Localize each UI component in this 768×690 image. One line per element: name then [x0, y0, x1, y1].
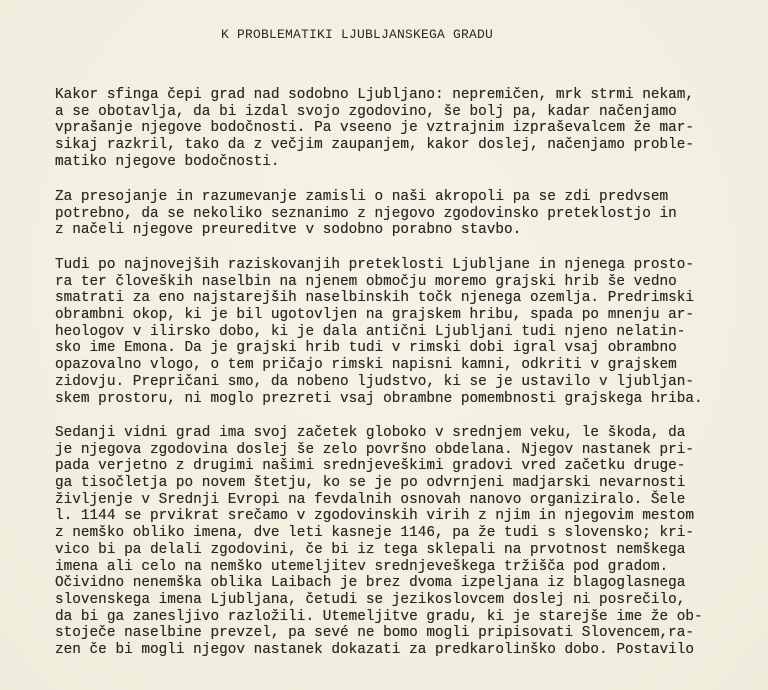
text-line: potrebno, da se nekoliko seznanimo z nje…	[55, 206, 677, 223]
paragraph-1: Kakor sfinga čepi grad nad sodobno Ljubl…	[55, 87, 694, 170]
paragraph-4: Sedanji vidni grad ima svoj začetek glob…	[55, 425, 703, 659]
text-line: Kakor sfinga čepi grad nad sodobno Ljubl…	[55, 87, 694, 104]
paragraph-3: Tudi po najnovejših raziskovanjih pretek…	[55, 257, 703, 407]
text-line: l. 1144 se prvikrat srečamo v zgodovinsk…	[55, 508, 703, 525]
text-line: a se obotavlja, da bi izdal svojo zgodov…	[55, 104, 694, 121]
text-line: vprašanje njegove bodočnosti. Pa vseeno …	[55, 120, 694, 137]
text-line: skem prostoru, ni moglo prezreti vsaj ob…	[55, 391, 703, 408]
text-line: matiko njegove bodočnosti.	[55, 154, 694, 171]
text-line: z načeli njegove preureditve v sodobno p…	[55, 222, 677, 239]
text-line: zen če bi mogli njegov nastanek dokazati…	[55, 642, 703, 659]
text-line: življenje v Srednji Evropi na fevdalnih …	[55, 492, 703, 509]
text-line: da bi ga zanesljivo razložili. Utemeljit…	[55, 609, 703, 626]
document-page: K PROBLEMATIKI LJUBLJANSKEGA GRADU Kakor…	[0, 0, 768, 690]
text-line: zidovju. Prepričani smo, da nobeno ljuds…	[55, 374, 703, 391]
text-line: pada verjetno z drugimi našimi srednjeve…	[55, 458, 703, 475]
text-line: vico bi pa delali zgodovini, če bi iz te…	[55, 542, 703, 559]
document-title: K PROBLEMATIKI LJUBLJANSKEGA GRADU	[221, 27, 493, 42]
paragraph-2: Za presojanje in razumevanje zamisli o n…	[55, 189, 677, 239]
text-line: slovenskega imena Ljubljana, četudi se j…	[55, 592, 703, 609]
text-line: z nemško obliko imena, dve leti kasneje …	[55, 525, 703, 542]
text-line: sikaj razkril, tako da z večjim zaupanje…	[55, 137, 694, 154]
text-line: imena ali celo na nemško utemeljitev sre…	[55, 559, 703, 576]
text-line: stoječe naselbine prevzel, pa sevé ne bo…	[55, 625, 703, 642]
text-line: heologov v ilirsko dobo, ki je dala anti…	[55, 324, 703, 341]
text-line: smatrati za eno najstarejših naselbinski…	[55, 290, 703, 307]
text-line: ga tisočletja po novem štetju, ko se je …	[55, 475, 703, 492]
text-line: Za presojanje in razumevanje zamisli o n…	[55, 189, 677, 206]
text-line: opazovalno vlogo, o tem pričajo rimski n…	[55, 357, 703, 374]
text-line: je njegova zgodovina doslej še zelo povr…	[55, 442, 703, 459]
text-line: sko ime Emona. Da je grajski hrib tudi v…	[55, 340, 703, 357]
text-line: Sedanji vidni grad ima svoj začetek glob…	[55, 425, 703, 442]
text-line: obrambni okop, ki je bil ugotovljen na g…	[55, 307, 703, 324]
text-line: Tudi po najnovejših raziskovanjih pretek…	[55, 257, 703, 274]
text-line: Očividno nenemška oblika Laibach je brez…	[55, 575, 703, 592]
text-line: ra ter človeških naselbin na njenem obmo…	[55, 274, 703, 291]
